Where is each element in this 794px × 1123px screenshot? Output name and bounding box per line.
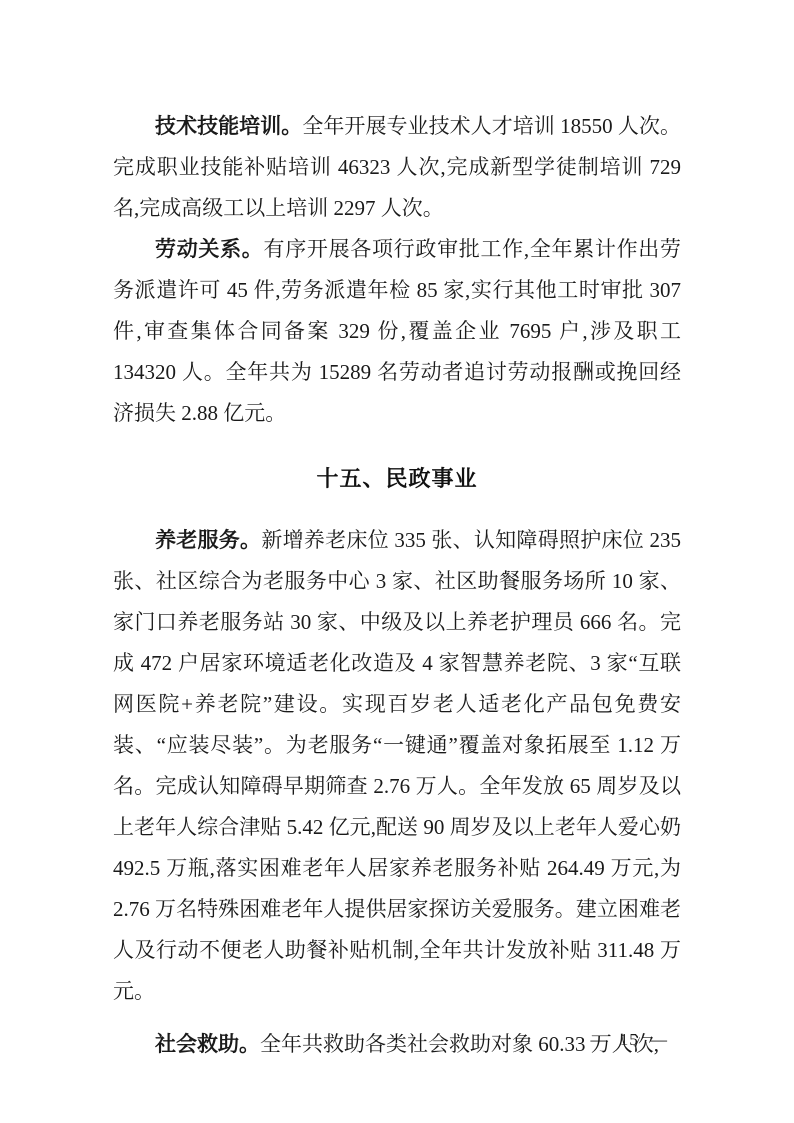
paragraph-lead-skill-training: 技术技能培训。 (155, 114, 302, 138)
document-page: 技术技能培训。全年开展专业技术人才培训 18550 人次。完成职业技能补贴培训 … (0, 0, 794, 1123)
page-number: — 15 — (591, 1030, 669, 1049)
page-content: 技术技能培训。全年开展专业技术人才培训 18550 人次。完成职业技能补贴培训 … (113, 0, 681, 1065)
section-heading-civil-affairs: 十五、民政事业 (113, 458, 681, 499)
paragraph-lead-social-assistance: 社会救助。 (155, 1032, 260, 1056)
paragraph-skill-training: 技术技能培训。全年开展专业技术人才培训 18550 人次。完成职业技能补贴培训 … (113, 106, 681, 229)
paragraph-labor-relations: 劳动关系。有序开展各项行政审批工作,全年累计作出劳务派遣许可 45 件,劳务派遣… (113, 229, 681, 434)
paragraph-text-elderly-care: 新增养老床位 335 张、认知障碍照护床位 235 张、社区综合为老服务中心 3… (113, 528, 681, 1003)
page-footer: — 15 — (591, 1029, 669, 1051)
paragraph-elderly-care: 养老服务。新增养老床位 335 张、认知障碍照护床位 235 张、社区综合为老服… (113, 520, 681, 1012)
paragraph-text-labor-relations: 有序开展各项行政审批工作,全年累计作出劳务派遣许可 45 件,劳务派遣年检 85… (113, 237, 681, 425)
paragraph-lead-labor-relations: 劳动关系。 (155, 237, 264, 261)
paragraph-lead-elderly-care: 养老服务。 (155, 528, 261, 552)
